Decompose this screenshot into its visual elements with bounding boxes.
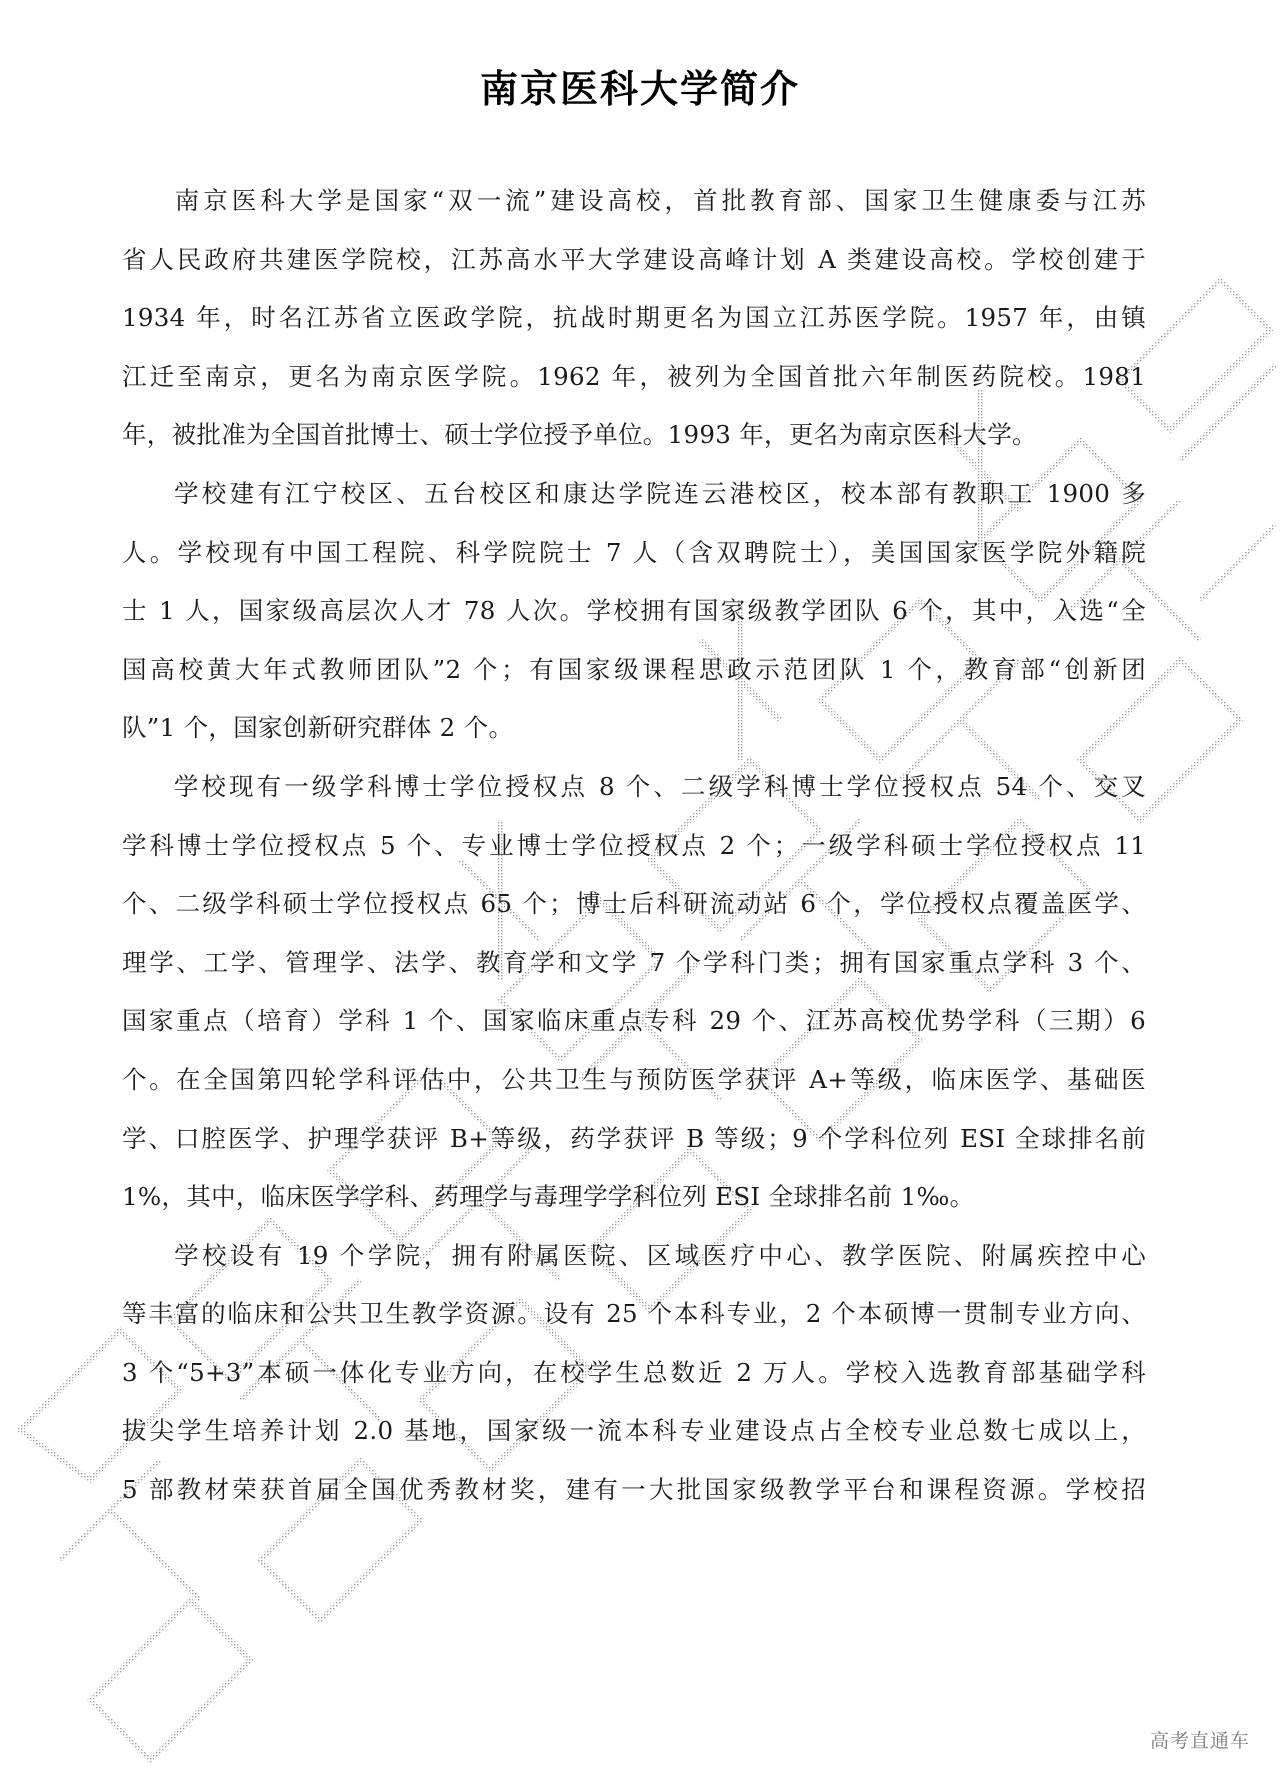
text-line: 3 个“5+3”本硕一体化专业方向，在校学生总数近 2 万人。学校入选教育部基础…	[122, 1344, 1146, 1403]
footer-brand-label: 高考直通车	[1150, 1726, 1250, 1753]
text-line: 国家重点（培育）学科 1 个、国家临床重点专科 29 个、江苏高校优势学科（三期…	[122, 992, 1146, 1051]
document-title: 南京医科大学简介	[0, 58, 1280, 113]
paragraph-history: 南京医科大学是国家“双一流”建设高校，首批教育部、国家卫生健康委与江苏 省人民政…	[122, 172, 1146, 465]
paragraph-education: 学校设有 19 个学院，拥有附属医院、区域医疗中心、教学医院、附属疾控中心 等丰…	[122, 1227, 1146, 1520]
document-page: 南京医科大学简介 南京医科大学是国家“双一流”建设高校，首批教育部、国家卫生健康…	[0, 0, 1280, 1771]
text-line: 士 1 人，国家级高层次人才 78 人次。学校拥有国家级教学团队 6 个，其中，…	[122, 582, 1146, 641]
text-line: 江迁至南京，更名为南京医学院。1962 年，被列为全国首批六年制医药院校。198…	[122, 348, 1146, 407]
text-line: 年，被批准为全国首批博士、硕士学位授予单位。1993 年，更名为南京医科大学。	[122, 406, 1146, 465]
paragraph-disciplines: 学校现有一级学科博士学位授权点 8 个、二级学科博士学位授权点 54 个、交叉 …	[122, 758, 1146, 1227]
text-line: 学科博士学位授权点 5 个、专业博士学位授权点 2 个；一级学科硕士学位授权点 …	[122, 817, 1146, 876]
text-line: 学校设有 19 个学院，拥有附属医院、区域医疗中心、教学医院、附属疾控中心	[122, 1227, 1146, 1286]
text-line: 队”1 个，国家创新研究群体 2 个。	[122, 699, 1146, 758]
paragraph-faculty: 学校建有江宁校区、五台校区和康达学院连云港校区，校本部有教职工 1900 多 人…	[122, 465, 1146, 758]
text-line: 1934 年，时名江苏省立医政学院，抗战时期更名为国立江苏医学院。1957 年，…	[122, 289, 1146, 348]
text-line: 1%，其中，临床医学学科、药理学与毒理学学科位列 ESI 全球排名前 1‰。	[122, 1168, 1146, 1227]
text-line: 个、二级学科硕士学位授权点 65 个；博士后科研流动站 6 个，学位授权点覆盖医…	[122, 875, 1146, 934]
text-line: 个。在全国第四轮学科评估中，公共卫生与预防医学获评 A+等级，临床医学、基础医	[122, 1051, 1146, 1110]
text-line: 省人民政府共建医学院校，江苏高水平大学建设高峰计划 A 类建设高校。学校创建于	[122, 231, 1146, 290]
text-line: 南京医科大学是国家“双一流”建设高校，首批教育部、国家卫生健康委与江苏	[122, 172, 1146, 231]
text-line: 学、口腔医学、护理学获评 B+等级，药学获评 B 等级；9 个学科位列 ESI …	[122, 1110, 1146, 1169]
text-line: 等丰富的临床和公共卫生教学资源。设有 25 个本科专业，2 个本硕博一贯制专业方…	[122, 1285, 1146, 1344]
text-line: 5 部教材荣获首届全国优秀教材奖，建有一大批国家级教学平台和课程资源。学校招	[122, 1461, 1146, 1520]
document-body: 南京医科大学是国家“双一流”建设高校，首批教育部、国家卫生健康委与江苏 省人民政…	[122, 172, 1146, 1520]
text-line: 人。学校现有中国工程院、科学院院士 7 人（含双聘院士），美国国家医学院外籍院	[122, 524, 1146, 583]
text-line: 国高校黄大年式教师团队”2 个；有国家级课程思政示范团队 1 个，教育部“创新团	[122, 641, 1146, 700]
text-line: 学校现有一级学科博士学位授权点 8 个、二级学科博士学位授权点 54 个、交叉	[122, 758, 1146, 817]
text-line: 学校建有江宁校区、五台校区和康达学院连云港校区，校本部有教职工 1900 多	[122, 465, 1146, 524]
text-line: 理学、工学、管理学、法学、教育学和文学 7 个学科门类；拥有国家重点学科 3 个…	[122, 934, 1146, 993]
text-line: 拔尖学生培养计划 2.0 基地，国家级一流本科专业建设点占全校专业总数七成以上，	[122, 1402, 1146, 1461]
